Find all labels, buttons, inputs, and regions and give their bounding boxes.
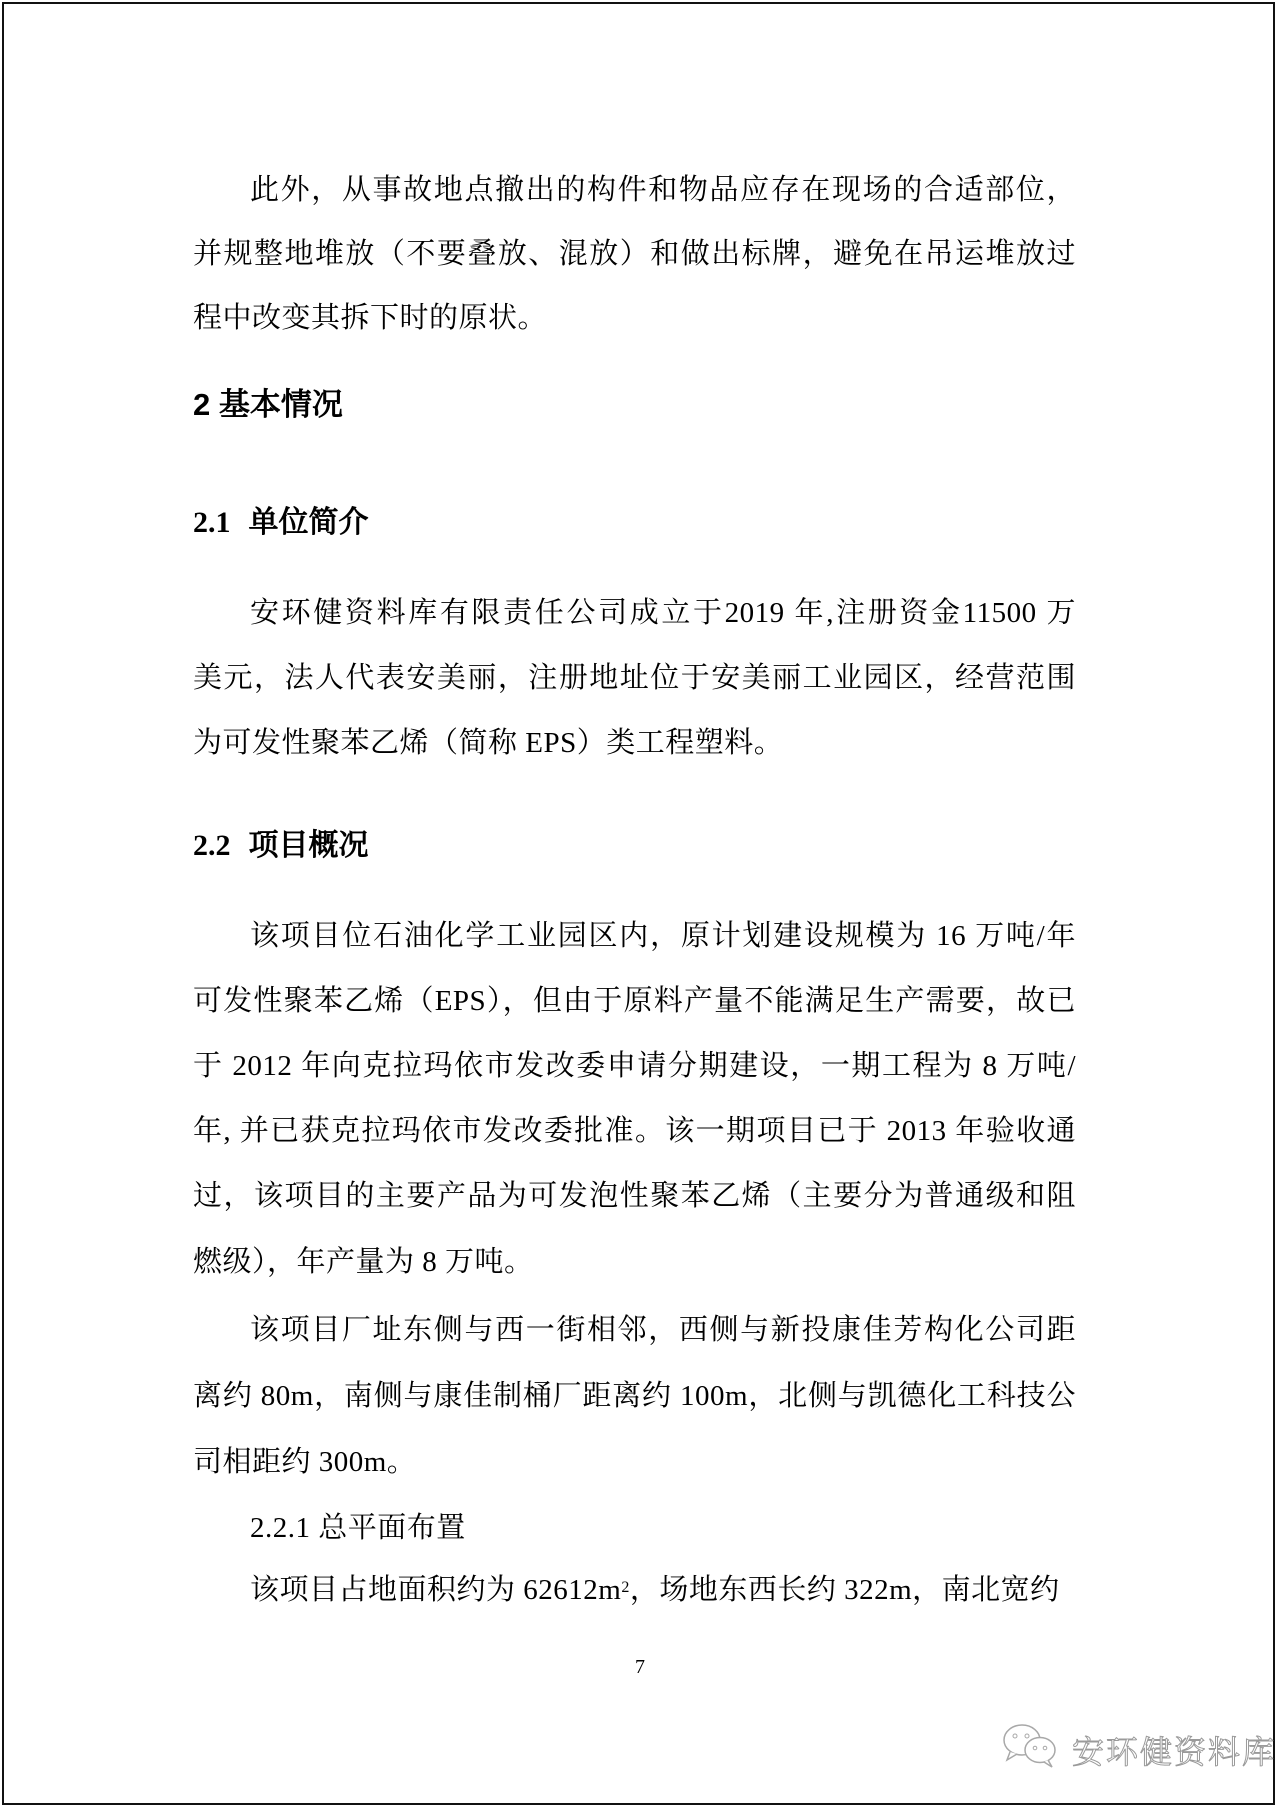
text-segment: 该项目占地面积约为 62612m — [250, 1574, 621, 1606]
superscript: 2 — [621, 1579, 630, 1596]
body-text-line: 司相距约 300m。 — [193, 1444, 1076, 1480]
body-text-line: 过，该项目的主要产品为可发泡性聚苯乙烯（主要分为普通级和阻 — [193, 1178, 1076, 1214]
section-number: 2.1 — [193, 506, 231, 539]
body-text-line: 可发性聚苯乙烯（EPS），但由于原料产量不能满足生产需要，故已 — [193, 983, 1076, 1019]
body-text-line: 安环健资料库有限责任公司成立于2019 年,注册资金11500 万 — [250, 595, 1076, 631]
wechat-icon — [1000, 1722, 1064, 1778]
body-text-line: 该项目占地面积约为 62612m2，场地东西长约 322m，南北宽约 — [250, 1572, 1076, 1608]
body-text-line: 此外，从事故地点撤出的构件和物品应存在现场的合适部位， — [250, 172, 1076, 208]
section-heading-2: 2 基本情况 — [193, 385, 343, 425]
body-text-line: 燃级），年产量为 8 万吨。 — [193, 1244, 1076, 1280]
section-heading-2-2: 2.2项目概况 — [193, 826, 369, 866]
watermark-text: 安环健资料库 — [1072, 1727, 1276, 1773]
section-title: 项目概况 — [249, 828, 369, 863]
body-text-line: 年, 并已获克拉玛依市发改委批准。该一期项目已于 2013 年验收通 — [193, 1113, 1076, 1149]
section-title: 单位简介 — [249, 505, 369, 540]
body-text-line: 程中改变其拆下时的原状。 — [193, 300, 1076, 336]
section-heading-2-1: 2.1单位简介 — [193, 503, 369, 543]
body-text-line: 该项目厂址东侧与西一街相邻，西侧与新投康佳芳构化公司距 — [250, 1312, 1076, 1348]
body-text-line: 该项目位石油化学工业园区内，原计划建设规模为 16 万吨/年 — [250, 918, 1076, 954]
body-text-line: 离约 80m，南侧与康佳制桶厂距离约 100m，北侧与凯德化工科技公 — [193, 1378, 1076, 1414]
body-text-line: 为可发性聚苯乙烯（简称 EPS）类工程塑料。 — [193, 725, 1076, 761]
body-text-line: 美元，法人代表安美丽，注册地址位于安美丽工业园区，经营范围 — [193, 660, 1076, 696]
body-text-line: 于 2012 年向克拉玛依市发改委申请分期建设，一期工程为 8 万吨/ — [193, 1048, 1076, 1084]
page-number: 7 — [0, 1656, 1280, 1679]
subsection-heading-2-2-1: 2.2.1 总平面布置 — [250, 1510, 1076, 1546]
watermark: 安环健资料库 — [1000, 1722, 1276, 1778]
section-number: 2.2 — [193, 829, 231, 862]
body-text-line: 并规整地堆放（不要叠放、混放）和做出标牌，避免在吊运堆放过 — [193, 236, 1076, 272]
text-segment: ，场地东西长约 322m，南北宽约 — [630, 1574, 1060, 1606]
